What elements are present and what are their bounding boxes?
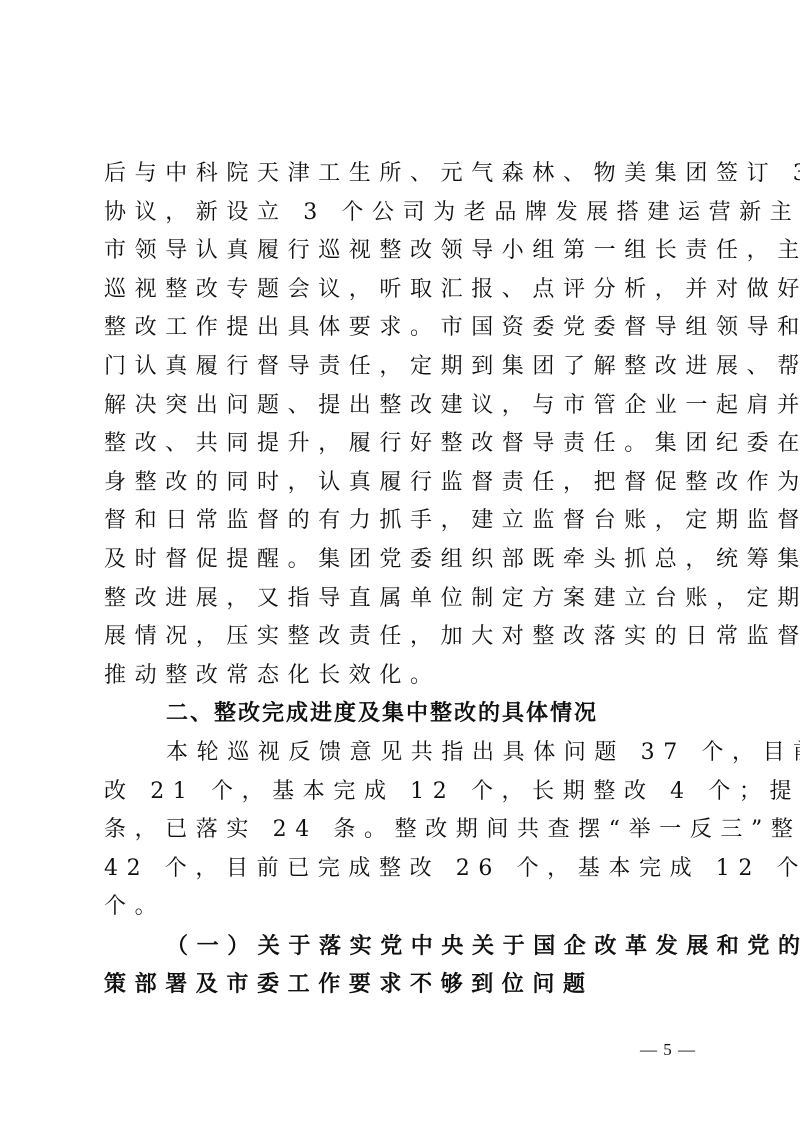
text-line: 42 个，目前已完成整改 26 个，基本完成 12 个，长期整改 4: [104, 850, 704, 889]
text-line: 推动整改常态化长效化。: [104, 657, 704, 696]
text-line: 整改、共同提升，履行好整改督导责任。集团纪委在抓好自: [104, 425, 704, 464]
text-line: 身整改的同时，认真履行监督责任，把督促整改作为政治监: [104, 464, 704, 503]
text-line: 整改进展，又指导直属单位制定方案建立台账，定期汇总进: [104, 580, 704, 619]
text-line: 整改工作提出具体要求。市国资委党委督导组领导和相关部: [104, 309, 704, 348]
text-line: 协议，新设立 3 个公司为老品牌发展搭建运营新主体。分管: [104, 194, 704, 233]
subsection-heading-cont: 策部署及市委工作要求不够到位问题: [104, 965, 704, 1004]
text-line: 及时督促提醒。集团党委组织部既牵头抓总，统筹集团整体: [104, 541, 704, 580]
text-line: 展情况，压实整改责任，加大对整改落实的日常监督力度，: [104, 618, 704, 657]
text-line: 市领导认真履行巡视整改领导小组第一组长责任，主持召开: [104, 232, 704, 271]
text-line: 改 21 个，基本完成 12 个，长期整改 4 个；提出整改意见 24: [104, 773, 704, 812]
section-heading: 二、整改完成进度及集中整改的具体情况: [104, 695, 704, 734]
text-line: 条，已落实 24 条。整改期间共查摆“举一反三”整改事项: [104, 811, 704, 850]
text-line: 个。: [104, 888, 704, 927]
document-page: 后与中科院天津工生所、元气森林、物美集团签订 3 个战略 协议，新设立 3 个公…: [104, 155, 704, 1004]
text-line: 督和日常监督的有力抓手，建立监督台账，定期监督检查、: [104, 502, 704, 541]
page-number: — 5 —: [640, 1040, 696, 1060]
text-line: 巡视整改专题会议，听取汇报、点评分析，并对做好下一步: [104, 271, 704, 310]
text-line: 本轮巡视反馈意见共指出具体问题 37 个，目前已完成整: [104, 734, 704, 773]
text-line: 解决突出问题、提出整改建议，与市管企业一起肩并肩同步: [104, 387, 704, 426]
text-line: 后与中科院天津工生所、元气森林、物美集团签订 3 个战略: [104, 155, 704, 194]
text-line: 门认真履行督导责任，定期到集团了解整改进展、帮助协调: [104, 348, 704, 387]
subsection-heading: （一）关于落实党中央关于国企改革发展和党的建设决: [104, 927, 704, 966]
